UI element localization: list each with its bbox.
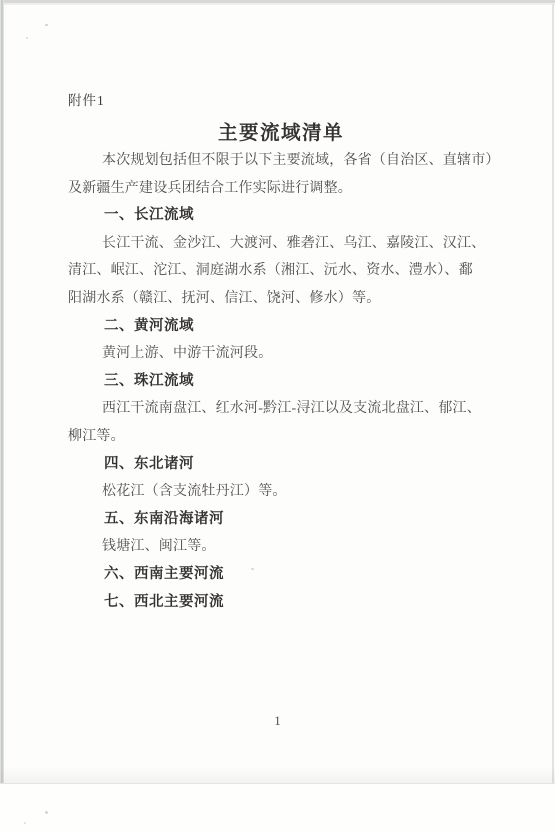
section-northeast-rivers: 四、东北诸河 松花江（含支流牡丹江）等。: [68, 451, 508, 506]
page-break-shadow: [0, 766, 555, 783]
page-number: 1: [0, 714, 555, 729]
scan-speck: [45, 24, 48, 26]
heading-southwest-major-rivers: 六、西南主要河流: [68, 561, 508, 589]
attachment-label: 附件1: [68, 91, 508, 111]
section-southwest-major-rivers: 六、西南主要河流: [68, 561, 508, 589]
scan-edge-right: [552, 4, 554, 783]
body-southeast-coastal-rivers: 钱塘江、闽江等。: [68, 533, 508, 561]
section-pearl-river-basin: 三、珠江流域 西江干流南盘江、红水河-黔江-浔江以及支流北盘江、郁江、 柳江等。: [68, 368, 508, 451]
intro-paragraph: 本次规划包括但不限于以下主要流域，各省（自治区、直辖市） 及新疆生产建设兵团结合…: [68, 147, 508, 202]
scan-speck: [24, 822, 26, 824]
document-title: 主要流域清单: [68, 120, 508, 147]
heading-northeast-rivers: 四、东北诸河: [68, 451, 508, 479]
section-yangtze-basin: 一、长江流域 长江干流、金沙江、大渡河、雅砻江、乌江、嘉陵江、汉江、 清江、岷江…: [68, 202, 508, 312]
heading-southeast-coastal-rivers: 五、东南沿海诸河: [68, 506, 508, 534]
section-southeast-coastal-rivers: 五、东南沿海诸河 钱塘江、闽江等。: [68, 506, 508, 561]
scan-edge-left: [0, 0, 4, 783]
document-page: 附件1 主要流域清单 本次规划包括但不限于以下主要流域，各省（自治区、直辖市） …: [68, 0, 508, 616]
scan-speck: [26, 37, 28, 39]
heading-yellow-river-basin: 二、黄河流域: [68, 313, 508, 341]
section-yellow-river-basin: 二、黄河流域 黄河上游、中游干流河段。: [68, 313, 508, 368]
section-northwest-major-rivers: 七、西北主要河流: [68, 589, 508, 617]
next-page-top: [0, 784, 555, 833]
body-northeast-rivers: 松花江（含支流牡丹江）等。: [68, 478, 508, 506]
scan-speck: [45, 811, 48, 814]
heading-northwest-major-rivers: 七、西北主要河流: [68, 589, 508, 617]
heading-pearl-river-basin: 三、珠江流域: [68, 368, 508, 396]
body-pearl-river-basin: 西江干流南盘江、红水河-黔江-浔江以及支流北盘江、郁江、 柳江等。: [68, 395, 508, 450]
body-yellow-river-basin: 黄河上游、中游干流河段。: [68, 340, 508, 368]
body-yangtze-basin: 长江干流、金沙江、大渡河、雅砻江、乌江、嘉陵江、汉江、 清江、岷江、沱江、洞庭湖…: [68, 230, 508, 313]
heading-yangtze-basin: 一、长江流域: [68, 202, 508, 230]
